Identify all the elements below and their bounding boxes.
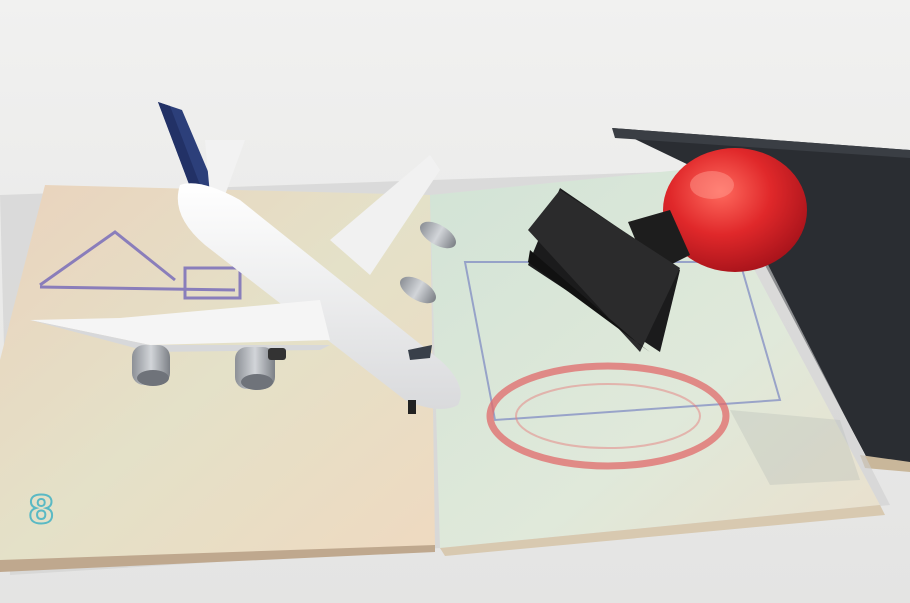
photo-scene: 8 <box>0 0 910 603</box>
photo-illustration <box>0 0 910 603</box>
passport-page-number: 8 <box>28 488 54 532</box>
